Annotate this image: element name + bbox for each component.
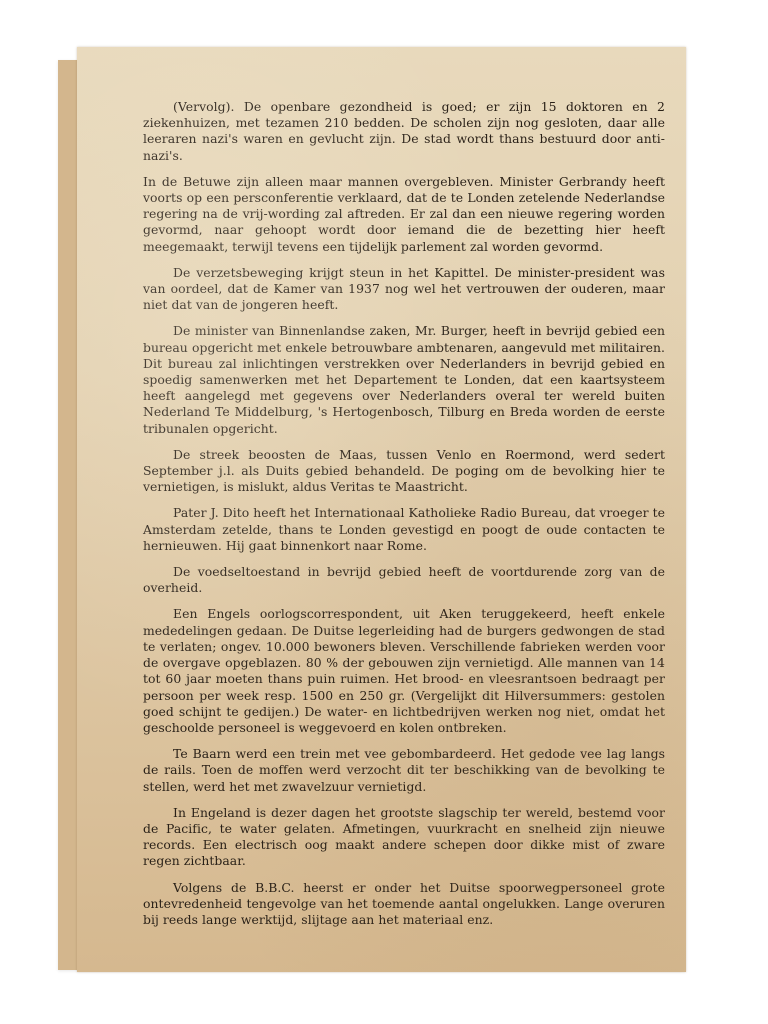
paragraph-engeland: In Engeland is dezer dagen het grootste …	[143, 805, 665, 870]
paragraph-baarn: Te Baarn werd een trein met vee gebombar…	[143, 746, 665, 795]
paragraph-aken: Een Engels oorlogscorrespondent, uit Ake…	[143, 606, 665, 736]
paragraph-pater-dito: Pater J. Dito heeft het Internationaal K…	[143, 505, 665, 554]
paragraph-bbc: Volgens de B.B.C. heerst er onder het Du…	[143, 880, 665, 929]
document-body: (Vervolg). De openbare gezondheid is goe…	[143, 99, 665, 938]
paragraph-vervolg: (Vervolg). De openbare gezondheid is goe…	[143, 99, 665, 164]
paper-sheet: (Vervolg). De openbare gezondheid is goe…	[77, 47, 686, 972]
paragraph-binnenlandse-zaken: De minister van Binnenlandse zaken, Mr. …	[143, 323, 665, 436]
paragraph-betuwe: In de Betuwe zijn alleen maar mannen ove…	[143, 174, 665, 255]
paragraph-verzetsbeweging: De verzetsbeweging krijgt steun in het K…	[143, 265, 665, 314]
photo-stage: (Vervolg). De openbare gezondheid is goe…	[0, 0, 768, 1024]
paragraph-voedseltoestand: De voedseltoestand in bevrijd gebied hee…	[143, 564, 665, 596]
paragraph-maas: De streek beoosten de Maas, tussen Venlo…	[143, 447, 665, 496]
